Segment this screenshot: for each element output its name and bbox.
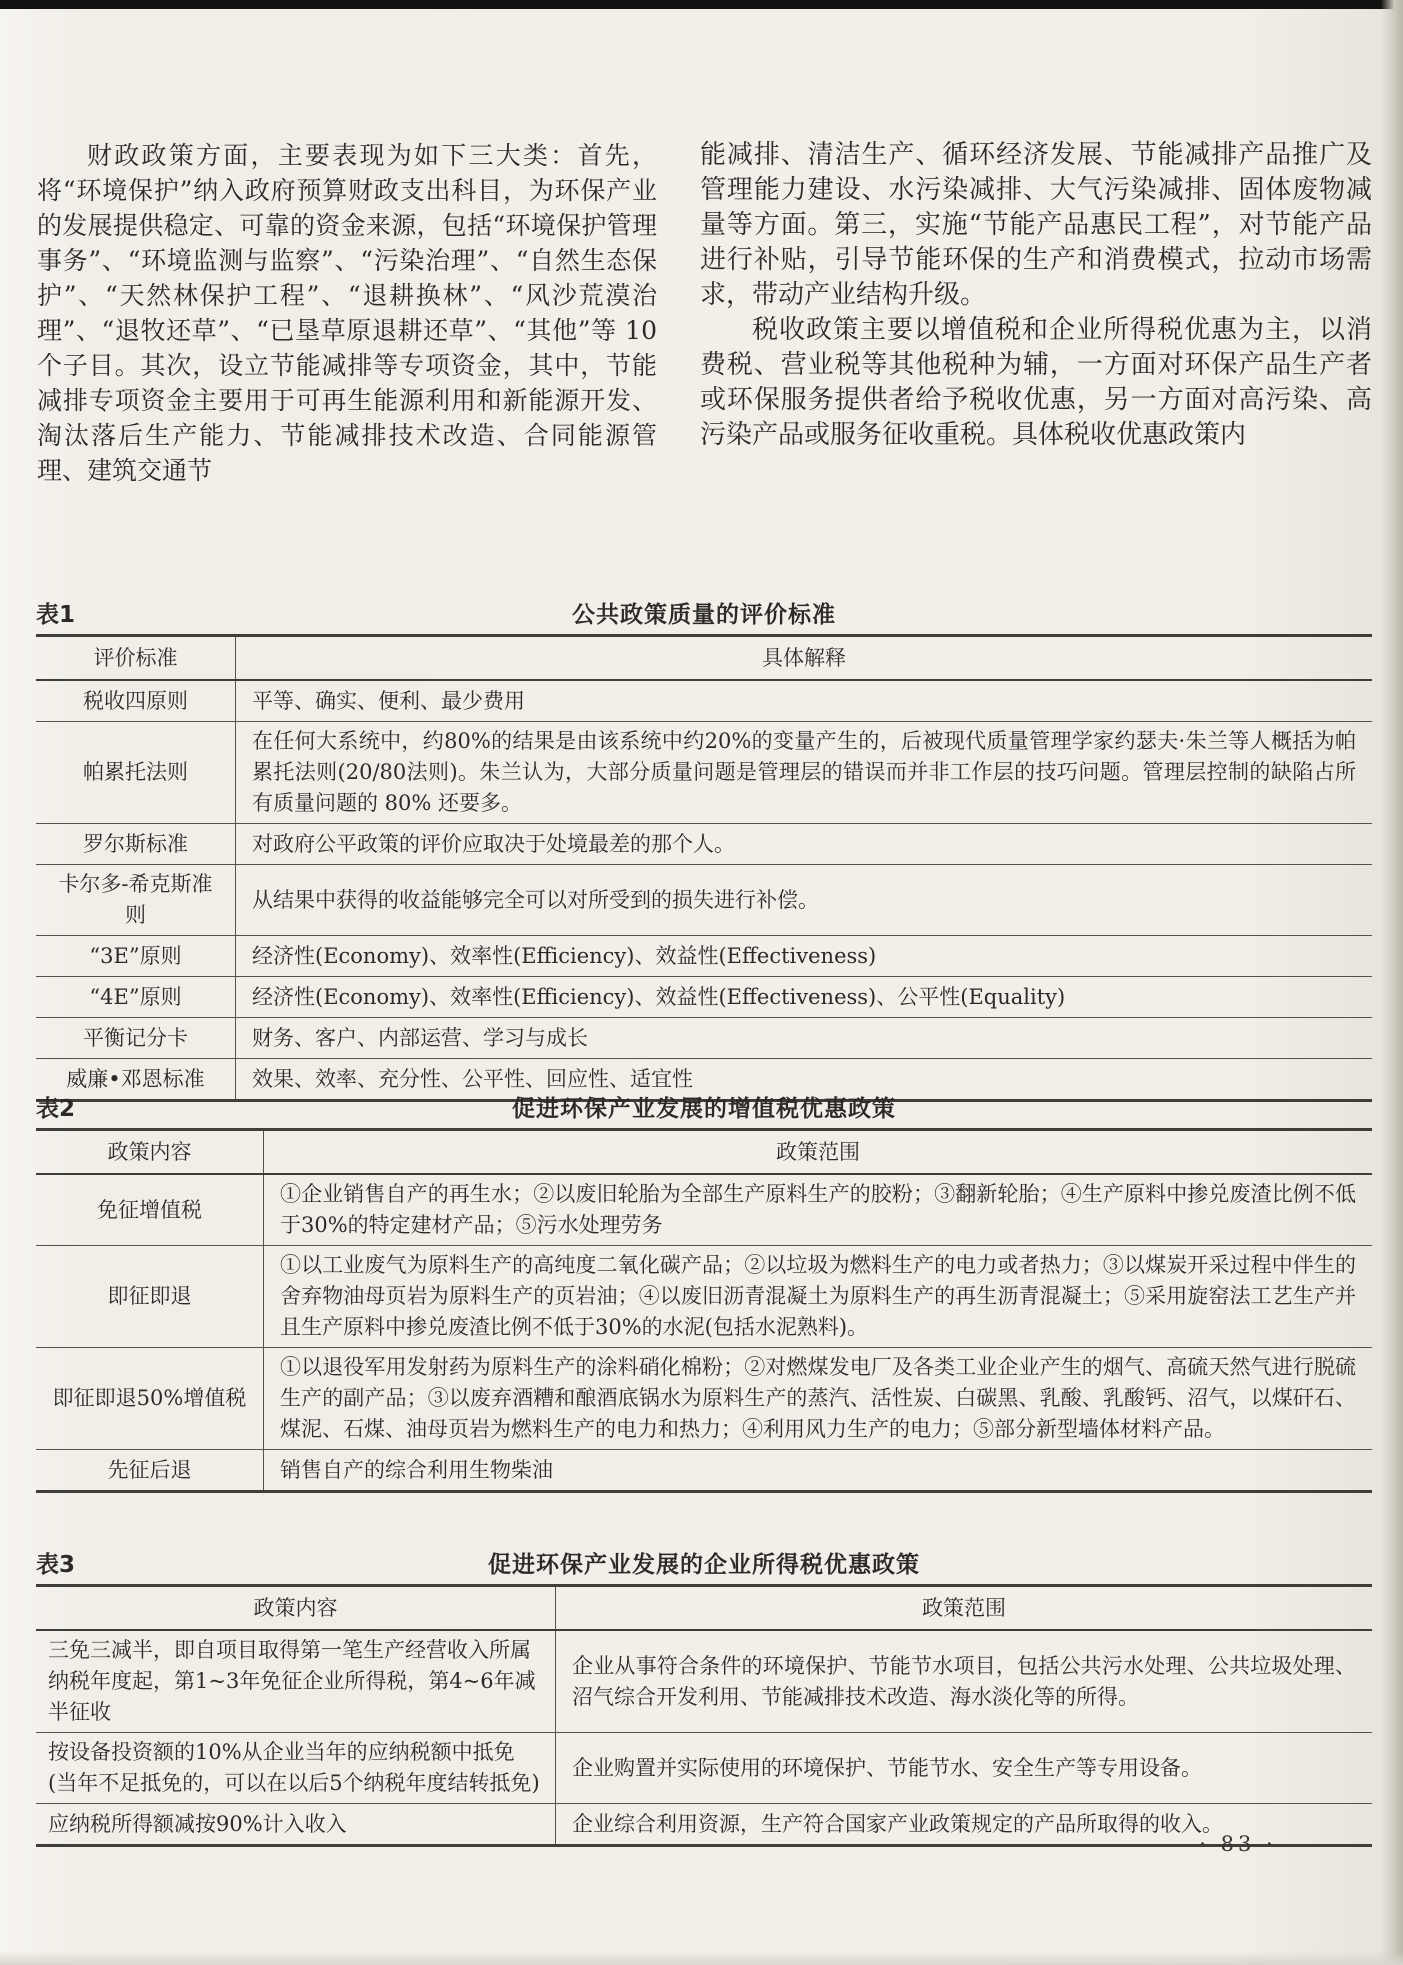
column-header-cell: 政策范围 — [556, 1587, 1372, 1629]
column-header-cell: 政策范围 — [264, 1131, 1372, 1173]
paragraph: 能减排、清洁生产、循环经济发展、节能减排产品推广及管理能力建设、水污染减排、大气… — [700, 138, 1372, 313]
row-content-cell: ①以工业废气为原料生产的高纯度二氧化碳产品；②以垃圾为燃料生产的电力或者热力；③… — [264, 1246, 1372, 1347]
row-content-cell: 经济性(Economy)、效率性(Efficiency)、效益性(Effecti… — [236, 977, 1372, 1017]
row-content-cell: 销售自产的综合利用生物柴油 — [264, 1450, 1372, 1490]
row-content-cell: 企业购置并实际使用的环境保护、节能节水、安全生产等专用设备。 — [556, 1733, 1372, 1803]
table-row: “4E”原则经济性(Economy)、效率性(Efficiency)、效益性(E… — [36, 977, 1372, 1018]
table-row: 按设备投资额的10%从企业当年的应纳税额中抵免(当年不足抵免的，可以在以后5个纳… — [36, 1733, 1372, 1804]
row-label-cell: 卡尔多-希克斯准则 — [36, 865, 236, 935]
row-content-cell: 平等、确实、便利、最少费用 — [236, 681, 1372, 721]
table-title: 促进环保产业发展的增值税优惠政策 — [36, 1090, 1372, 1123]
table-title: 促进环保产业发展的企业所得税优惠政策 — [36, 1546, 1372, 1579]
row-content-cell: 财务、客户、内部运营、学习与成长 — [236, 1018, 1372, 1058]
table-header-row: 评价标准具体解释 — [36, 637, 1372, 681]
row-content-cell: 企业从事符合条件的环境保护、节能节水项目，包括公共污水处理、公共垃圾处理、沼气综… — [556, 1631, 1372, 1732]
table-3-income-tax-incentive-policies: 表3促进环保产业发展的企业所得税优惠政策政策内容政策范围三免三减半，即自项目取得… — [36, 1542, 1372, 1847]
table-row: 即征即退①以工业废气为原料生产的高纯度二氧化碳产品；②以垃圾为燃料生产的电力或者… — [36, 1246, 1372, 1348]
table-row: 平衡记分卡财务、客户、内部运营、学习与成长 — [36, 1018, 1372, 1059]
row-content-cell: 对政府公平政策的评价应取决于处境最差的那个人。 — [236, 824, 1372, 864]
table-1-public-policy-quality: 表1公共政策质量的评价标准评价标准具体解释税收四原则平等、确实、便利、最少费用帕… — [36, 592, 1372, 1102]
row-label-cell: 税收四原则 — [36, 681, 236, 721]
table-row: 帕累托法则在任何大系统中，约80%的结果是由该系统中约20%的变量产生的，后被现… — [36, 722, 1372, 824]
column-header-cell: 具体解释 — [236, 637, 1372, 679]
row-label-cell: 三免三减半，即自项目取得第一笔生产经营收入所属纳税年度起，第1~3年免征企业所得… — [36, 1631, 556, 1732]
table-grid: 政策内容政策范围免征增值税①企业销售自产的再生水；②以废旧轮胎为全部生产原料生产… — [36, 1128, 1372, 1493]
paragraph: 税收政策主要以增值税和企业所得税优惠为主，以消费税、营业税等其他税种为辅，一方面… — [700, 313, 1372, 453]
table-row: 卡尔多-希克斯准则从结果中获得的收益能够完全可以对所受到的损失进行补偿。 — [36, 865, 1372, 936]
table-grid: 评价标准具体解释税收四原则平等、确实、便利、最少费用帕累托法则在任何大系统中，约… — [36, 634, 1372, 1102]
row-label-cell: 先征后退 — [36, 1450, 264, 1490]
row-label-cell: 罗尔斯标准 — [36, 824, 236, 864]
table-header-row: 政策内容政策范围 — [36, 1131, 1372, 1175]
row-label-cell: “4E”原则 — [36, 977, 236, 1017]
table-row: 罗尔斯标准对政府公平政策的评价应取决于处境最差的那个人。 — [36, 824, 1372, 865]
page-number: · 83 · — [1178, 1832, 1298, 1856]
scan-top-edge — [0, 0, 1403, 9]
row-content-cell: 从结果中获得的收益能够完全可以对所受到的损失进行补偿。 — [236, 865, 1372, 935]
row-content-cell: 经济性(Economy)、效率性(Efficiency)、效益性(Effecti… — [236, 936, 1372, 976]
table-row: 三免三减半，即自项目取得第一笔生产经营收入所属纳税年度起，第1~3年免征企业所得… — [36, 1631, 1372, 1733]
table-row: 应纳税所得额减按90%计入收入企业综合利用资源，生产符合国家产业政策规定的产品所… — [36, 1804, 1372, 1844]
table-row: 免征增值税①企业销售自产的再生水；②以废旧轮胎为全部生产原料生产的胶粉；③翻新轮… — [36, 1175, 1372, 1246]
row-label-cell: 即征即退50%增值税 — [36, 1348, 264, 1449]
row-label-cell: 即征即退 — [36, 1246, 264, 1347]
table-2-vat-incentive-policies: 表2促进环保产业发展的增值税优惠政策政策内容政策范围免征增值税①企业销售自产的再… — [36, 1086, 1372, 1493]
row-content-cell: ①企业销售自产的再生水；②以废旧轮胎为全部生产原料生产的胶粉；③翻新轮胎；④生产… — [264, 1175, 1372, 1245]
row-content-cell: ①以退役军用发射药为原料生产的涂料硝化棉粉；②对燃煤发电厂及各类工业企业产生的烟… — [264, 1348, 1372, 1449]
table-row: 先征后退销售自产的综合利用生物柴油 — [36, 1450, 1372, 1490]
scan-right-edge — [1381, 0, 1403, 1965]
column-header-cell: 评价标准 — [36, 637, 236, 679]
table-row: “3E”原则经济性(Economy)、效率性(Efficiency)、效益性(E… — [36, 936, 1372, 977]
table-row: 税收四原则平等、确实、便利、最少费用 — [36, 681, 1372, 722]
body-text-right-column: 能减排、清洁生产、循环经济发展、节能减排产品推广及管理能力建设、水污染减排、大气… — [700, 138, 1372, 453]
row-label-cell: 平衡记分卡 — [36, 1018, 236, 1058]
row-label-cell: 应纳税所得额减按90%计入收入 — [36, 1804, 556, 1844]
table-row: 即征即退50%增值税①以退役军用发射药为原料生产的涂料硝化棉粉；②对燃煤发电厂及… — [36, 1348, 1372, 1450]
row-label-cell: 免征增值税 — [36, 1175, 264, 1245]
table-grid: 政策内容政策范围三免三减半，即自项目取得第一笔生产经营收入所属纳税年度起，第1~… — [36, 1584, 1372, 1847]
table-caption: 表3促进环保产业发展的企业所得税优惠政策 — [36, 1542, 1372, 1584]
scan-bottom-edge — [0, 1951, 1403, 1965]
table-caption: 表1公共政策质量的评价标准 — [36, 592, 1372, 634]
table-header-row: 政策内容政策范围 — [36, 1587, 1372, 1631]
row-content-cell: 在任何大系统中，约80%的结果是由该系统中约20%的变量产生的，后被现代质量管理… — [236, 722, 1372, 823]
column-header-cell: 政策内容 — [36, 1587, 556, 1629]
column-header-cell: 政策内容 — [36, 1131, 264, 1173]
paragraph: 财政政策方面，主要表现为如下三大类：首先，将“环境保护”纳入政府预算财政支出科目… — [37, 138, 657, 488]
table-title: 公共政策质量的评价标准 — [36, 596, 1372, 629]
row-label-cell: 按设备投资额的10%从企业当年的应纳税额中抵免(当年不足抵免的，可以在以后5个纳… — [36, 1733, 556, 1803]
table-caption: 表2促进环保产业发展的增值税优惠政策 — [36, 1086, 1372, 1128]
row-label-cell: “3E”原则 — [36, 936, 236, 976]
body-text-left-column: 财政政策方面，主要表现为如下三大类：首先，将“环境保护”纳入政府预算财政支出科目… — [37, 138, 657, 488]
row-label-cell: 帕累托法则 — [36, 722, 236, 823]
